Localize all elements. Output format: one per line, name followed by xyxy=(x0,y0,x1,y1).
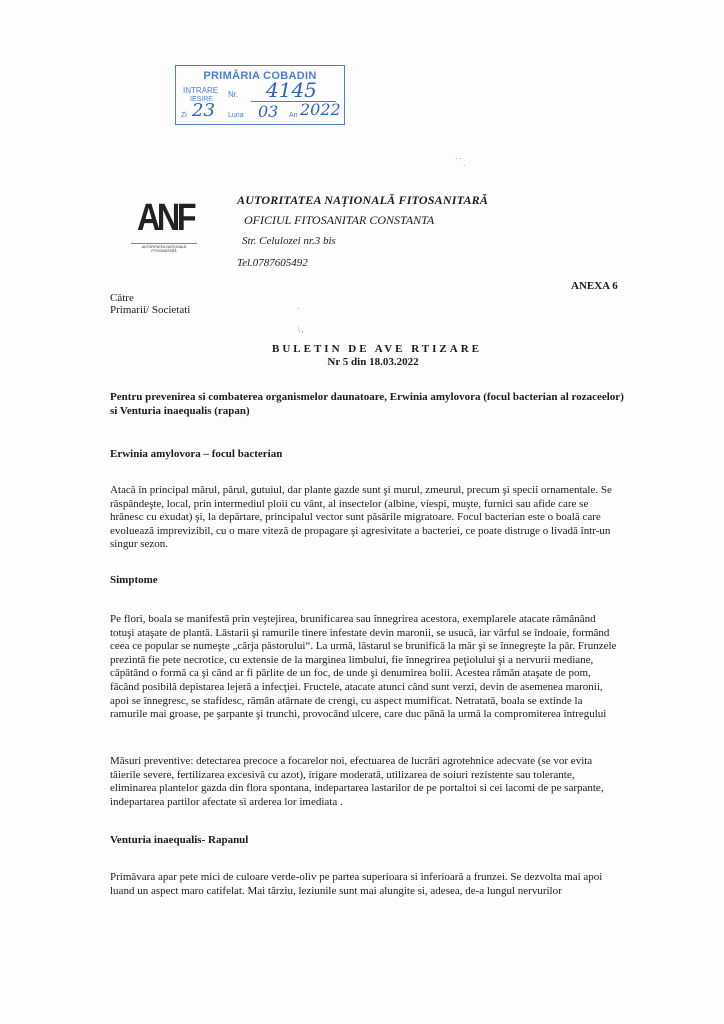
venturia-paragraph: Primăvara apar pete mici de culoare verd… xyxy=(110,871,620,898)
stamp-title: PRIMĂRIA COBADIN xyxy=(176,70,344,82)
stamp-an-value: 2022 xyxy=(300,100,341,119)
simptome-heading: Simptome xyxy=(110,574,158,586)
stamp-luna-label: Luna xyxy=(228,112,244,119)
document-page: PRIMĂRIA COBADIN INTRARE IESIRE Nr. 4145… xyxy=(0,0,724,1024)
simptome-paragraph: Pe flori, boala se manifestă prin veştej… xyxy=(110,613,620,722)
scan-speck: · · xyxy=(455,155,461,163)
recipient-name: Primarii/ Societati xyxy=(110,304,190,316)
logo-caption: AUTORITATEA NAȚIONALĂ FITOSANITARĂ xyxy=(131,243,197,253)
stamp-an-label: An xyxy=(289,112,298,119)
annex-label: ANEXA 6 xyxy=(571,280,618,292)
scan-speck: · xyxy=(297,305,299,313)
logo-letters: ANF xyxy=(137,197,193,240)
scan-speck: \ , xyxy=(298,326,303,334)
erwinia-paragraph: Atacă în principal mărul, părul, gutuiul… xyxy=(110,484,620,552)
bulletin-intro: Pentru prevenirea si combaterea organism… xyxy=(110,390,630,418)
bulletin-title: BULETIN DE AVE RTIZARE xyxy=(0,343,724,355)
recipient-to: Către xyxy=(110,292,190,304)
office-address: Str. Celulozei nr.3 bis xyxy=(242,235,488,257)
registration-stamp: PRIMĂRIA COBADIN INTRARE IESIRE Nr. 4145… xyxy=(175,65,345,125)
recipient-block: Către Primarii/ Societati xyxy=(110,292,190,316)
stamp-nr-label: Nr. xyxy=(228,90,238,99)
organization-name: AUTORITATEA NAȚIONALĂ FITOSANITARĂ xyxy=(237,193,488,213)
letterhead: AUTORITATEA NAȚIONALĂ FITOSANITARĂ OFICI… xyxy=(237,193,488,275)
erwinia-heading: Erwinia amylovora – focul bacterian xyxy=(110,448,282,460)
preventive-measures-paragraph: Măsuri preventive: detectarea precoce a … xyxy=(110,755,620,809)
stamp-zi-value: 23 xyxy=(192,100,215,121)
stamp-intrare-label: INTRARE xyxy=(183,86,218,95)
anf-logo: ANF AUTORITATEA NAȚIONALĂ FITOSANITARĂ xyxy=(131,197,197,257)
stamp-luna-value: 03 xyxy=(258,102,278,121)
office-phone: Tel.0787605492 xyxy=(237,257,488,275)
scan-speck: · xyxy=(463,162,465,170)
office-name: OFICIUL FITOSANITAR CONSTANTA xyxy=(244,213,488,235)
bulletin-number-date: Nr 5 din 18.03.2022 xyxy=(0,356,724,368)
stamp-zi-label: Zi xyxy=(181,112,187,119)
stamp-nr-value: 4145 xyxy=(266,78,317,102)
venturia-heading: Venturia inaequalis- Rapanul xyxy=(110,834,248,846)
